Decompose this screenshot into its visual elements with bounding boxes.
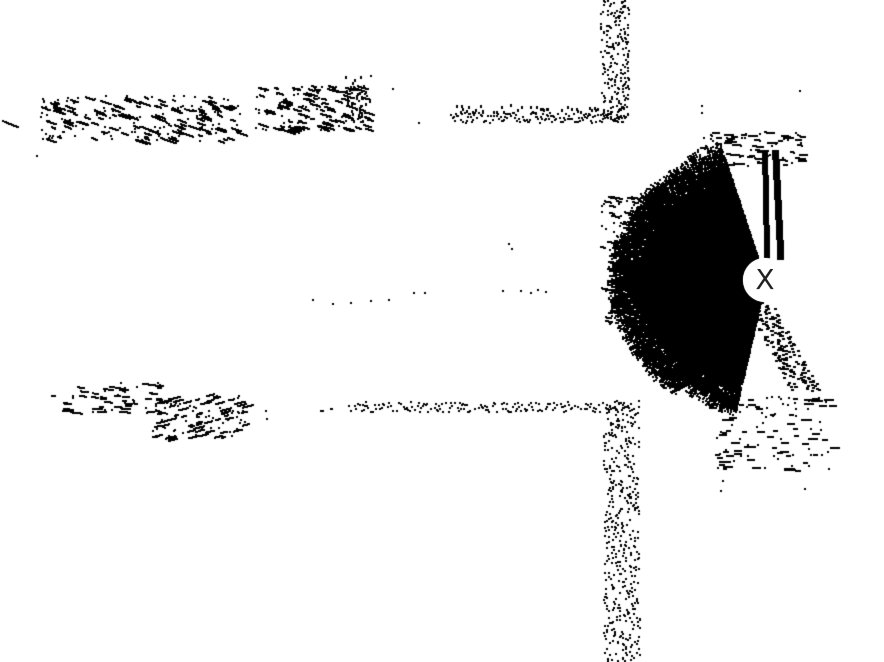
robot-position-marker[interactable]: X [743,258,787,302]
point-cloud-map[interactable] [0,0,884,662]
robot-position-icon: X [755,266,774,294]
